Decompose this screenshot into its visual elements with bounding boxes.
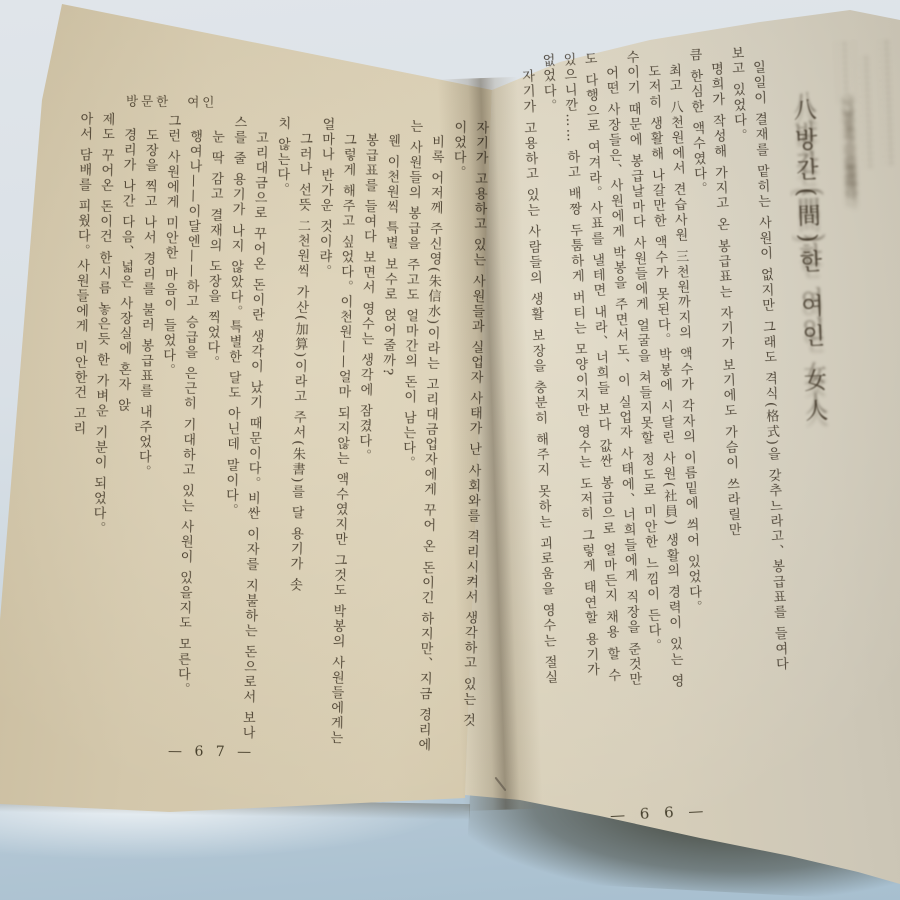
running-head: 방문한 여인 — [126, 91, 218, 110]
left-page-text-columns: 자기가 고용하고 있는 사원들과 실업자 사태가 난 사회와를 격리시켜서 생각… — [49, 111, 492, 783]
right-page-text-columns: ········································… — [500, 40, 900, 803]
book-photo: 방문한 여인 자기가 고용하고 있는 사원들과 실업자 사태가 난 사회와를 격… — [0, 0, 900, 900]
page-number-left: — 6 7 — — [168, 744, 255, 761]
